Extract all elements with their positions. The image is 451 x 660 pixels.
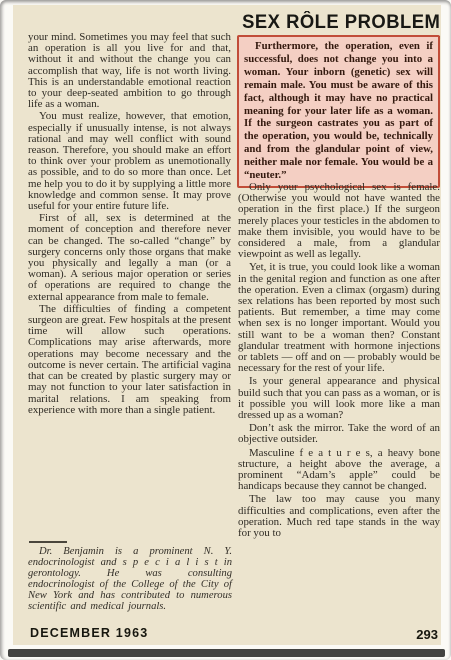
callout-text: Furthermore, the operation, even if succ… [244, 40, 433, 182]
body-paragraph: You must realize, however, that emotion,… [28, 111, 231, 212]
body-paragraph: Don’t ask the mirror. Take the word of a… [238, 423, 440, 445]
scan-shadow-bar [8, 649, 445, 657]
page-number: 293 [416, 627, 438, 642]
footnote-text: Dr. Benjamin is a prominent N. Y. endocr… [28, 546, 232, 613]
body-paragraph: The law too may cause you many difficult… [238, 494, 440, 539]
body-paragraph: The difficulties of finding a competent … [28, 304, 231, 416]
body-paragraph: First of all, sex is determined at the m… [28, 213, 231, 303]
magazine-page: SEX RÔLE PROBLEM Furthermore, the operat… [13, 5, 441, 645]
body-paragraph: your mind. Sometimes you may feel that s… [28, 32, 231, 110]
body-paragraph: Yet, it is true, you could look like a w… [238, 262, 440, 374]
callout-box: Furthermore, the operation, even if succ… [237, 35, 440, 188]
body-paragraph: Masculine f e a t u r e s, a heavy bone … [238, 448, 440, 493]
body-paragraph: Only your psychological sex is female. (… [238, 182, 440, 260]
footnote-divider [29, 541, 67, 543]
author-footnote: Dr. Benjamin is a prominent N. Y. endocr… [28, 546, 232, 613]
right-column: Only your psychological sex is female. (… [238, 182, 440, 541]
left-column: your mind. Sometimes you may feel that s… [28, 32, 231, 417]
issue-date: DECEMBER 1963 [30, 626, 148, 640]
body-paragraph: Is your general appearance and physical … [238, 376, 440, 421]
